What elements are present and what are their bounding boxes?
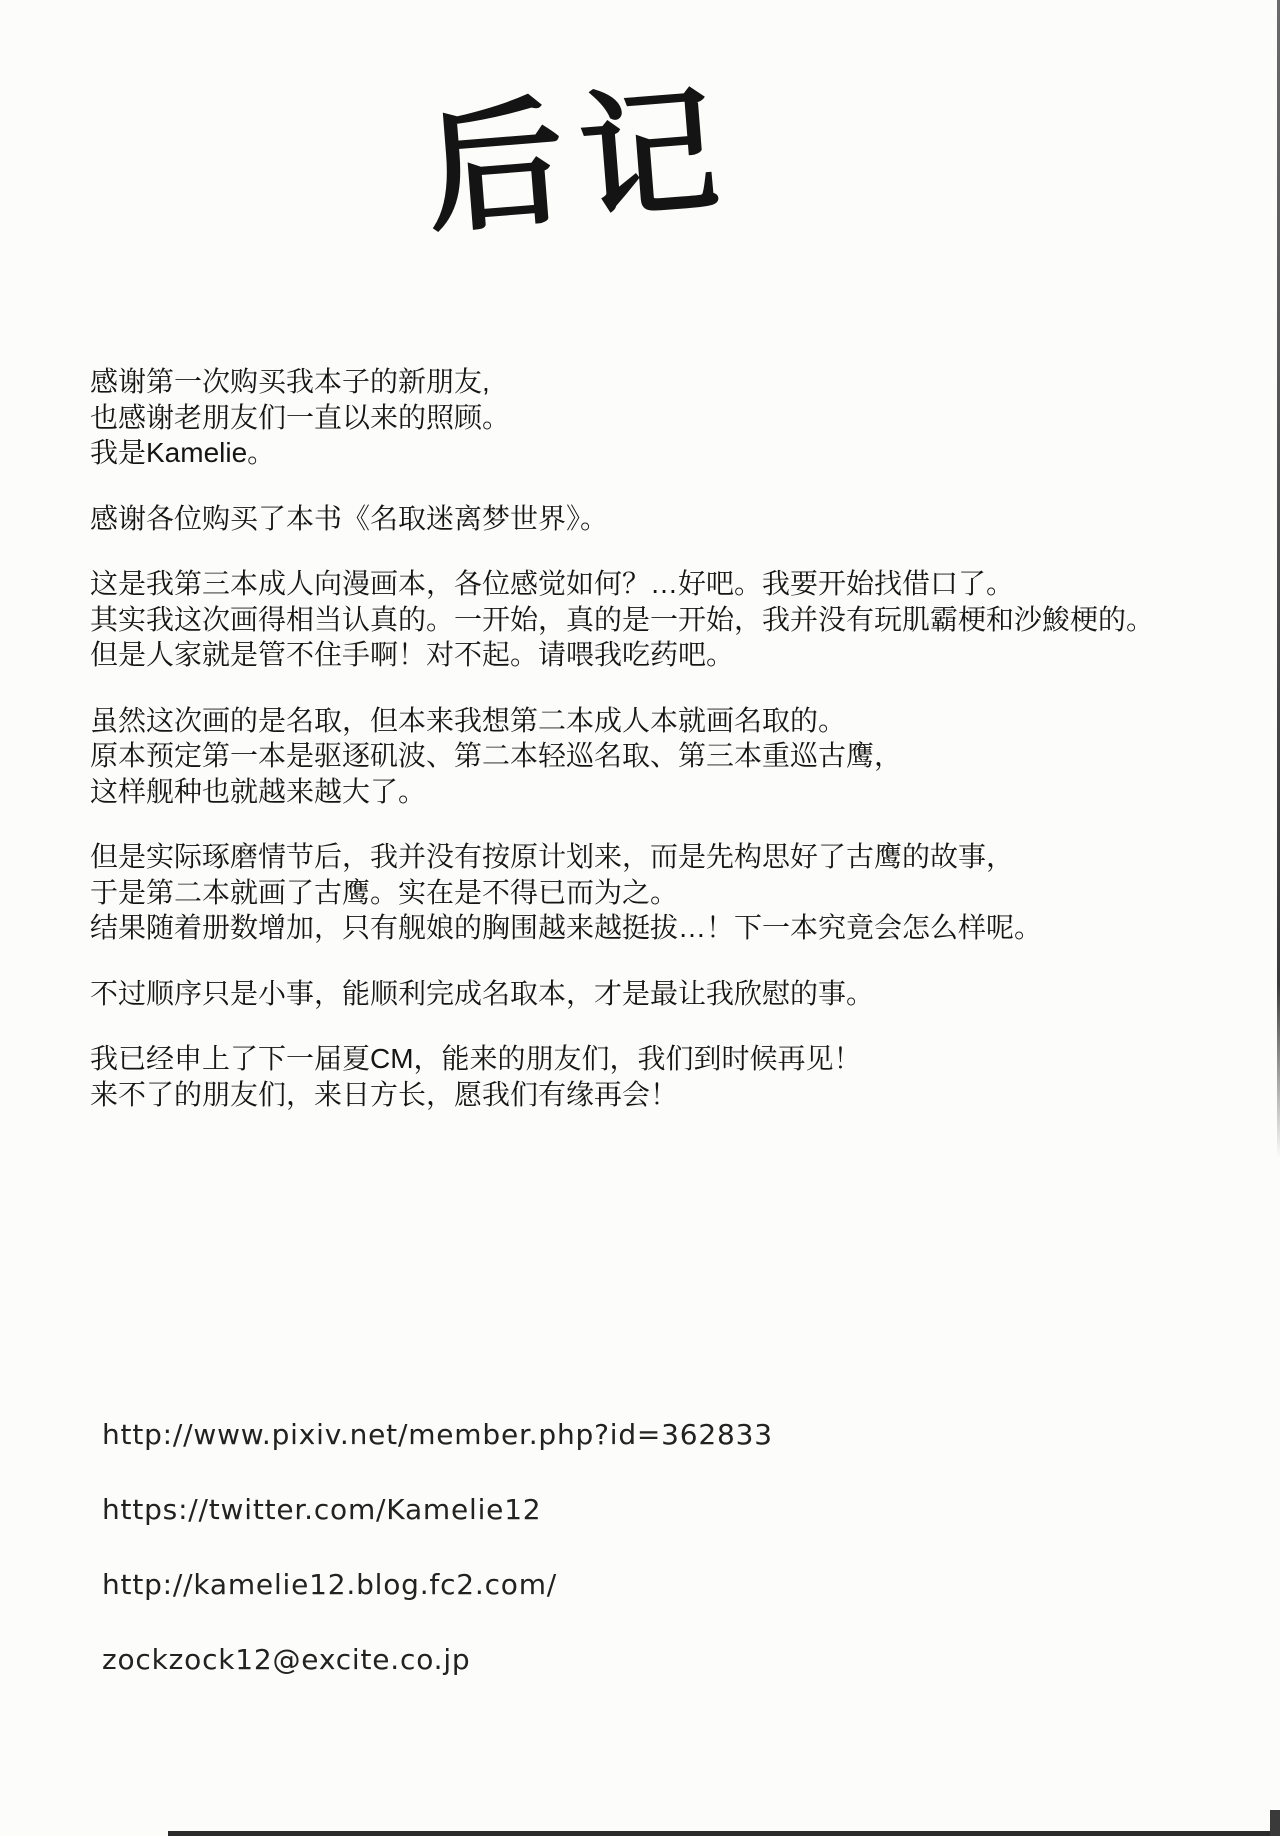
text-line: 这样舰种也就越来越大了。 <box>90 774 1154 810</box>
text-line: 也感谢老朋友们一直以来的照顾。 <box>90 400 1154 436</box>
text-line: 来不了的朋友们，来日方长，愿我们有缘再会！ <box>90 1077 1154 1113</box>
text-line: 虽然这次画的是名取，但本来我想第二本成人本就画名取的。 <box>90 703 1154 739</box>
twitter-url: https://twitter.com/Kamelie12 <box>102 1493 773 1526</box>
text-line: 我已经申上了下一届夏CM，能来的朋友们，我们到时候再见！ <box>90 1041 1154 1077</box>
pixiv-url: http://www.pixiv.net/member.php?id=36283… <box>102 1418 773 1451</box>
text-line: 这是我第三本成人向漫画本，各位感觉如何？…好吧。我要开始找借口了。 <box>90 566 1154 602</box>
email-address: zockzock12@excite.co.jp <box>102 1643 773 1676</box>
text-line: 但是实际琢磨情节后，我并没有按原计划来，而是先构思好了古鹰的故事， <box>90 839 1154 875</box>
afterword-body: 感谢第一次购买我本子的新朋友, 也感谢老朋友们一直以来的照顾。 我是Kameli… <box>90 364 1154 1142</box>
text-line: 但是人家就是管不住手啊！对不起。请喂我吃药吧。 <box>90 637 1154 673</box>
blog-url: http://kamelie12.blog.fc2.com/ <box>102 1568 773 1601</box>
paragraph-plan-change: 但是实际琢磨情节后，我并没有按原计划来，而是先构思好了古鹰的故事， 于是第二本就… <box>90 839 1154 946</box>
paragraph-relief: 不过顺序只是小事，能顺利完成名取本，才是最让我欣慰的事。 <box>90 976 1154 1012</box>
paragraph-original-plan: 虽然这次画的是名取，但本来我想第二本成人本就画名取的。 原本预定第一本是驱逐矶波… <box>90 703 1154 810</box>
paragraph-farewell: 我已经申上了下一届夏CM，能来的朋友们，我们到时候再见！ 来不了的朋友们，来日方… <box>90 1041 1154 1112</box>
paragraph-book-title: 感谢各位购买了本书《名取迷离梦世界》。 <box>90 501 1154 537</box>
text-line: 感谢各位购买了本书《名取迷离梦世界》。 <box>90 501 1154 537</box>
scan-corner-bottom-right <box>1270 1810 1280 1836</box>
text-line: 不过顺序只是小事，能顺利完成名取本，才是最让我欣慰的事。 <box>90 976 1154 1012</box>
paragraph-thanks-readers: 感谢第一次购买我本子的新朋友, 也感谢老朋友们一直以来的照顾。 我是Kameli… <box>90 364 1154 471</box>
text-line: 于是第二本就画了古鹰。实在是不得已而为之。 <box>90 875 1154 911</box>
text-line: 结果随着册数增加，只有舰娘的胸围越来越挺拔…！下一本究竟会怎么样呢。 <box>90 910 1154 946</box>
text-line: 我是Kamelie。 <box>90 435 1154 471</box>
page-title: 后记 <box>421 80 739 242</box>
paragraph-third-book: 这是我第三本成人向漫画本，各位感觉如何？…好吧。我要开始找借口了。 其实我这次画… <box>90 566 1154 673</box>
contact-links: http://www.pixiv.net/member.php?id=36283… <box>102 1418 773 1676</box>
text-line: 原本预定第一本是驱逐矶波、第二本轻巡名取、第三本重巡古鹰， <box>90 738 1154 774</box>
scan-edge-bottom <box>168 1831 1280 1836</box>
text-line: 其实我这次画得相当认真的。一开始，真的是一开始，我并没有玩肌霸梗和沙鮻梗的。 <box>90 602 1154 638</box>
text-line: 感谢第一次购买我本子的新朋友, <box>90 364 1154 400</box>
